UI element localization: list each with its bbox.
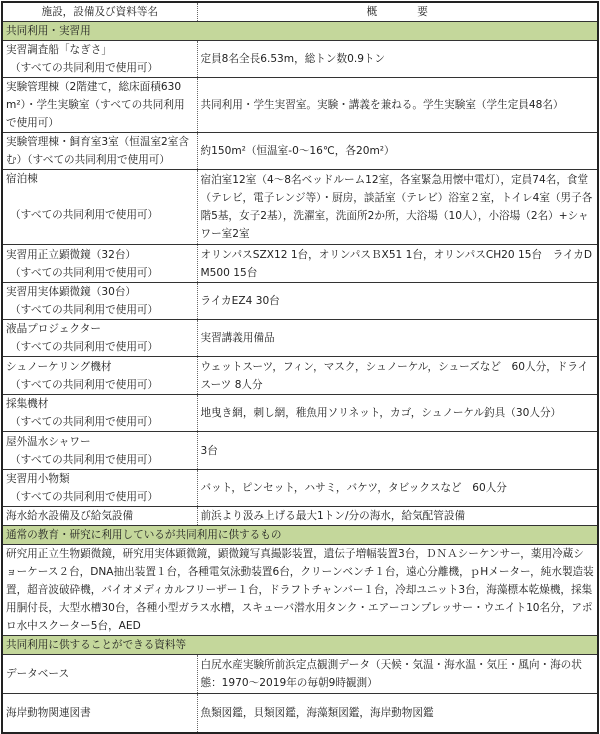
- facility-name: 実験管理棟（2階建て，総床面積630 m²）・学生実験室（すべての共同利用で使用…: [2, 78, 197, 133]
- table-header-row: 施設，設備及び資料等名 概要: [2, 2, 598, 22]
- section-row: 共同利用・実習用: [2, 22, 598, 41]
- section-row: 共同利用に供することができる資料等: [2, 636, 598, 655]
- facility-note: （すべての共同利用で使用可）: [6, 376, 194, 394]
- facility-note: （すべての共同利用で使用可）: [6, 451, 194, 469]
- facility-name-text: 実習用正立顕微鏡（32台）: [6, 249, 136, 261]
- table-row: 屋外温水シャワー（すべての共同利用で使用可） 3台: [2, 432, 598, 470]
- facility-summary: 定員8名全長6.53m，総トン数0.9トン: [197, 41, 598, 78]
- facility-note: （すべての共同利用で使用可）: [6, 206, 194, 224]
- facility-note: （すべての共同利用で使用可）: [6, 301, 194, 319]
- facility-summary: ライカEZ4 30台: [197, 283, 598, 320]
- facility-name: 宿泊棟（すべての共同利用で使用可）: [2, 170, 197, 245]
- table-row: 実習用正立顕微鏡（32台）（すべての共同利用で使用可） オリンパスSZX12 1…: [2, 245, 598, 283]
- facility-name: 採集機材（すべての共同利用で使用可）: [2, 395, 197, 432]
- facility-note: （すべての共同利用で使用可）: [6, 338, 194, 356]
- table-row: 実習用小物類（すべての共同利用で使用可） バット，ピンセット，ハサミ，バケツ，タ…: [2, 470, 598, 507]
- facility-summary: 実習講義用備品: [197, 320, 598, 357]
- facility-summary: 3台: [197, 432, 598, 470]
- table-row: 実験管理棟（2階建て，総床面積630 m²）・学生実験室（すべての共同利用で使用…: [2, 78, 598, 133]
- table-row: 実習調査船「なぎさ」（すべての共同利用で使用可） 定員8名全長6.53m，総トン…: [2, 41, 598, 78]
- facility-name: 実習用正立顕微鏡（32台）（すべての共同利用で使用可）: [2, 245, 197, 283]
- facility-name: 液晶プロジェクター（すべての共同利用で使用可）: [2, 320, 197, 357]
- table-row: 研究用正立生物顕微鏡，研究用実体顕微鏡，顕微鏡写真撮影装置，遺伝子増幅装置3台，…: [2, 545, 598, 636]
- section-title: 共同利用に供することができる資料等: [2, 636, 598, 655]
- facility-name-text: 実習用小物類: [6, 473, 70, 485]
- facility-name: 実験管理棟・飼育室3室（恒温室2室含む）（すべての共同利用で使用可）: [2, 133, 197, 170]
- section-title: 共同利用・実習用: [2, 22, 598, 41]
- facility-name-text: 実習調査船「なぎさ」: [6, 44, 112, 56]
- table-row: 海水給水設備及び給気設備 前浜より汲み上げる最大1トン/分の海水，給気配管設備: [2, 507, 598, 526]
- resource-name: データベース: [2, 655, 197, 690]
- facility-name-text: 液晶プロジェクター: [6, 323, 101, 335]
- table-row: シュノーケリング機材（すべての共同利用で使用可） ウェットスーツ，フィン，マスク…: [2, 357, 598, 395]
- facility-summary: バット，ピンセット，ハサミ，バケツ，タビックスなど 60人分: [197, 470, 598, 507]
- facility-name: 実習調査船「なぎさ」（すべての共同利用で使用可）: [2, 41, 197, 78]
- section-title: 通常の教育・研究に利用しているが共同利用に供するもの: [2, 526, 598, 545]
- facility-summary: 共同利用・学生実習室。実験・講義を兼ねる。学生実験室（学生定員48名）: [197, 78, 598, 133]
- facility-name-text: 実習用実体顕微鏡（30台）: [6, 286, 136, 298]
- facility-name: 屋外温水シャワー（すべての共同利用で使用可）: [2, 432, 197, 470]
- facility-note: （すべての共同利用で使用可）: [6, 59, 194, 77]
- table-row: データベース 白尻水産実験所前浜定点観測データ（天候・気温・海水温・気圧・風向・…: [2, 655, 598, 690]
- resource-summary: 白尻水産実験所前浜定点観測データ（天候・気温・海水温・気圧・風向・海の状態：19…: [197, 655, 598, 690]
- facility-name-text: 採集機材: [6, 398, 48, 410]
- header-name: 施設，設備及び資料等名: [2, 2, 197, 22]
- facility-note: （すべての共同利用で使用可）: [6, 264, 194, 282]
- facility-summary: 約150m²（恒温室-0～16℃，各20m²）: [197, 133, 598, 170]
- header-summary: 概要: [197, 2, 598, 22]
- facility-name: 実習用小物類（すべての共同利用で使用可）: [2, 470, 197, 507]
- table-row: 実験管理棟・飼育室3室（恒温室2室含む）（すべての共同利用で使用可） 約150m…: [2, 133, 598, 170]
- research-equipment-list: 研究用正立生物顕微鏡，研究用実体顕微鏡，顕微鏡写真撮影装置，遺伝子増幅装置3台，…: [2, 545, 598, 636]
- facility-note: （すべての共同利用で使用可）: [6, 488, 194, 506]
- section-row: 通常の教育・研究に利用しているが共同利用に供するもの: [2, 526, 598, 545]
- facility-summary: 前浜より汲み上げる最大1トン/分の海水，給気配管設備: [197, 507, 598, 526]
- table-row: 宿泊棟（すべての共同利用で使用可） 宿泊室12室（4～8名ベッドルーム12室，各…: [2, 170, 598, 245]
- facility-name-text: 屋外温水シャワー: [6, 436, 91, 448]
- facility-summary: 宿泊室12室（4～8名ベッドルーム12室，各室緊急用懐中電灯），定員74名，食堂…: [197, 170, 598, 245]
- facility-note: （すべての共同利用で使用可）: [6, 413, 194, 431]
- facility-name-text: シュノーケリング機材: [6, 361, 111, 373]
- facility-summary: 地曳き網，刺し網，稚魚用ソリネット，カゴ，シュノーケル釣具（30人分）: [197, 395, 598, 432]
- facilities-table: 施設，設備及び資料等名 概要 共同利用・実習用 実習調査船「なぎさ」（すべての共…: [1, 1, 599, 689]
- table-row: 採集機材（すべての共同利用で使用可） 地曳き網，刺し網，稚魚用ソリネット，カゴ，…: [2, 395, 598, 432]
- facility-summary: オリンパスSZX12 1台，オリンパスＢX51 1台，オリンパスCH20 15台…: [197, 245, 598, 283]
- table-row: 実習用実体顕微鏡（30台）（すべての共同利用で使用可） ライカEZ4 30台: [2, 283, 598, 320]
- facility-name: シュノーケリング機材（すべての共同利用で使用可）: [2, 357, 197, 395]
- header-summary-1: 概: [367, 6, 378, 18]
- facility-name: 海水給水設備及び給気設備: [2, 507, 197, 526]
- facility-summary: ウェットスーツ，フィン，マスク，シュノーケル，シューズなど 60人分，ドライスー…: [197, 357, 598, 395]
- table-row: 液晶プロジェクター（すべての共同利用で使用可） 実習講義用備品: [2, 320, 598, 357]
- header-summary-2: 要: [417, 6, 428, 18]
- facility-name: 実習用実体顕微鏡（30台）（すべての共同利用で使用可）: [2, 283, 197, 320]
- facility-name-text: 宿泊棟: [6, 173, 38, 185]
